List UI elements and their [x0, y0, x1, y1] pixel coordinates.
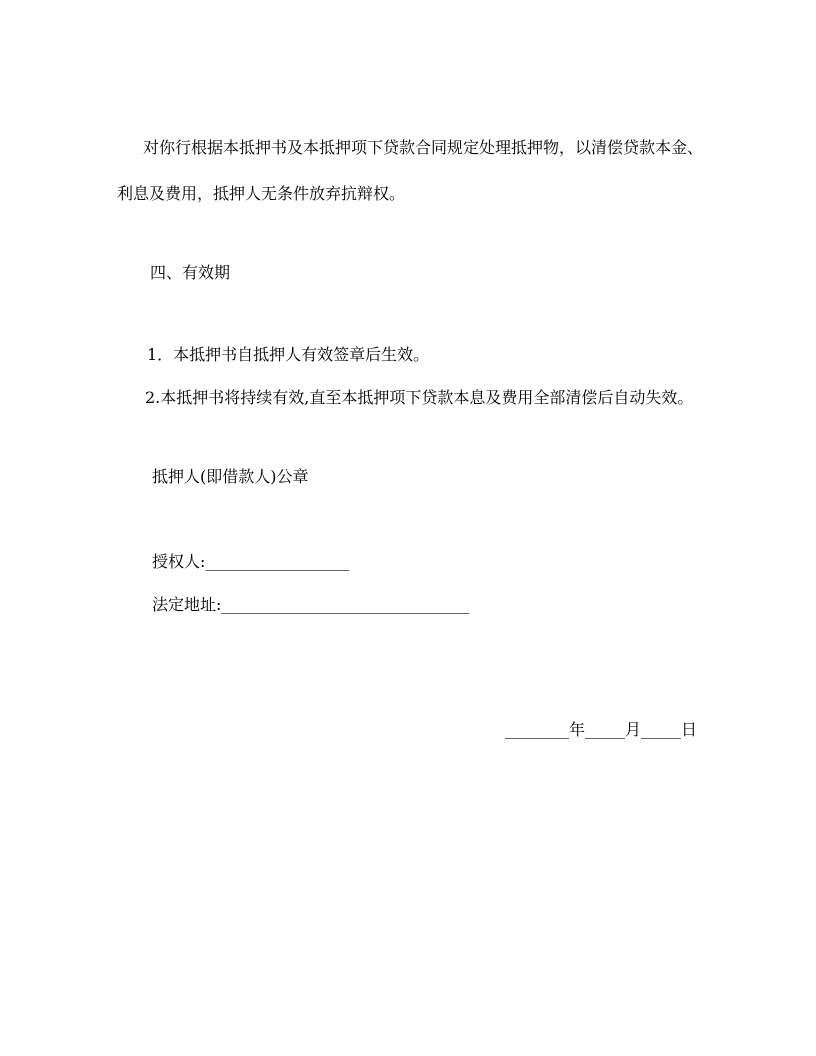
- legal-address-blank: _______________________________: [221, 595, 469, 614]
- section-heading-validity-period: 四、有效期: [150, 264, 230, 282]
- intro-paragraph-line-1: 对你行根据本抵押书及本抵押项下贷款合同规定处理抵押物，以清偿贷款本金、: [143, 139, 703, 157]
- authorized-person-label: 授权人:: [152, 552, 205, 571]
- date-blank-line: ________年_____月_____日: [505, 721, 697, 739]
- document-page: 对你行根据本抵押书及本抵押项下贷款合同规定处理抵押物，以清偿贷款本金、 利息及费…: [0, 0, 816, 1056]
- mortgagor-seal-line: 抵押人(即借款人)公章: [152, 468, 309, 486]
- clause-2-remains-valid-until-repaid: 2.本抵押书将持续有效,直至本抵押项下贷款本息及费用全部清偿后自动失效。: [145, 389, 693, 407]
- legal-address-line: 法定地址:_______________________________: [152, 596, 469, 614]
- clause-1-effective-upon-signature: 1．本抵押书自抵押人有效签章后生效。: [147, 346, 429, 364]
- authorized-person-line: 授权人:__________________: [152, 553, 349, 571]
- intro-paragraph-line-2: 利息及费用，抵押人无条件放弃抗辩权。: [117, 185, 405, 203]
- legal-address-label: 法定地址:: [152, 595, 221, 614]
- authorized-person-blank: __________________: [205, 552, 349, 571]
